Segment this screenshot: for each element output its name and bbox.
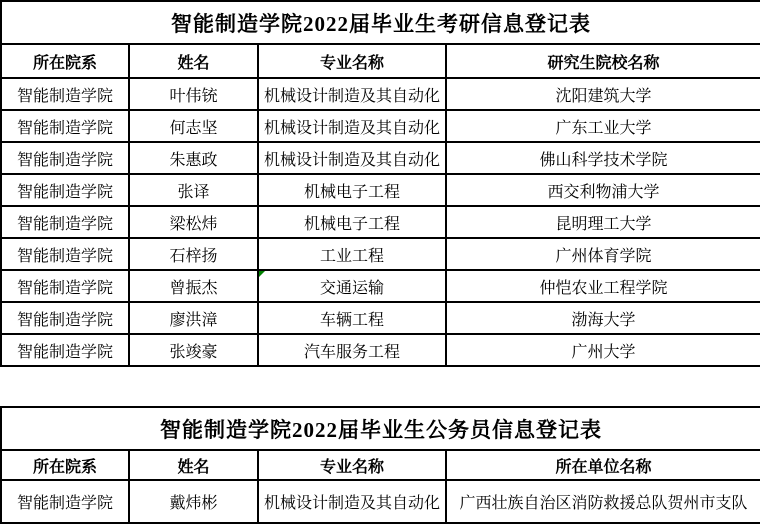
table-row: 智能制造学院廖洪漳车辆工程渤海大学 xyxy=(1,302,760,334)
column-header: 姓名 xyxy=(129,450,258,480)
table-cell: 戴炜彬 xyxy=(129,480,258,523)
table-title-row: 智能制造学院2022届毕业生考研信息登记表 xyxy=(1,1,760,44)
table-cell: 广州大学 xyxy=(446,334,760,366)
table-cell: 渤海大学 xyxy=(446,302,760,334)
column-header: 所在单位名称 xyxy=(446,450,760,480)
table-cell: 仲恺农业工程学院 xyxy=(446,270,760,302)
table-cell: 张译 xyxy=(129,174,258,206)
table-cell: 智能制造学院 xyxy=(1,238,129,270)
table-row: 智能制造学院张竣豪汽车服务工程广州大学 xyxy=(1,334,760,366)
table-cell: 智能制造学院 xyxy=(1,206,129,238)
header-row: 所在院系姓名专业名称所在单位名称 xyxy=(1,450,760,480)
table-cell: 智能制造学院 xyxy=(1,302,129,334)
table-cell: 机械设计制造及其自动化 xyxy=(258,110,446,142)
table-cell: 西交利物浦大学 xyxy=(446,174,760,206)
table-cell: 智能制造学院 xyxy=(1,142,129,174)
table-cell: 工业工程 xyxy=(258,238,446,270)
table-cell: 智能制造学院 xyxy=(1,78,129,110)
table-cell: 机械设计制造及其自动化 xyxy=(258,78,446,110)
cell-error-indicator-icon xyxy=(259,271,265,277)
table-cell: 机械电子工程 xyxy=(258,174,446,206)
table-cell: 交通运输 xyxy=(258,270,446,302)
table-cell: 车辆工程 xyxy=(258,302,446,334)
table-row: 智能制造学院梁松炜机械电子工程昆明理工大学 xyxy=(1,206,760,238)
table-cell: 汽车服务工程 xyxy=(258,334,446,366)
table-row: 智能制造学院朱惠政机械设计制造及其自动化佛山科学技术学院 xyxy=(1,142,760,174)
table-cell: 广州体育学院 xyxy=(446,238,760,270)
table-cell: 沈阳建筑大学 xyxy=(446,78,760,110)
table-row: 智能制造学院戴炜彬机械设计制造及其自动化广西壮族自治区消防救援总队贺州市支队 xyxy=(1,480,760,523)
table-cell: 叶伟铳 xyxy=(129,78,258,110)
table-row: 智能制造学院叶伟铳机械设计制造及其自动化沈阳建筑大学 xyxy=(1,78,760,110)
table-row: 智能制造学院石梓扬工业工程广州体育学院 xyxy=(1,238,760,270)
kaoyan-registration-table: 智能制造学院2022届毕业生考研信息登记表 所在院系姓名专业名称研究生院校名称智… xyxy=(0,0,760,367)
column-header: 所在院系 xyxy=(1,450,129,480)
table-title: 智能制造学院2022届毕业生公务员信息登记表 xyxy=(1,407,760,450)
table-cell: 智能制造学院 xyxy=(1,110,129,142)
table-title: 智能制造学院2022届毕业生考研信息登记表 xyxy=(1,1,760,44)
table-cell: 石梓扬 xyxy=(129,238,258,270)
column-header: 专业名称 xyxy=(258,450,446,480)
table-cell: 机械设计制造及其自动化 xyxy=(258,480,446,523)
column-header: 研究生院校名称 xyxy=(446,44,760,78)
table-cell: 智能制造学院 xyxy=(1,270,129,302)
table-cell: 张竣豪 xyxy=(129,334,258,366)
column-header: 所在院系 xyxy=(1,44,129,78)
table-cell: 机械设计制造及其自动化 xyxy=(258,142,446,174)
table-cell: 智能制造学院 xyxy=(1,174,129,206)
table-cell: 广西壮族自治区消防救援总队贺州市支队 xyxy=(446,480,760,523)
table-cell: 何志坚 xyxy=(129,110,258,142)
table-cell: 廖洪漳 xyxy=(129,302,258,334)
table-cell: 梁松炜 xyxy=(129,206,258,238)
column-header: 姓名 xyxy=(129,44,258,78)
table-row: 智能制造学院何志坚机械设计制造及其自动化广东工业大学 xyxy=(1,110,760,142)
table-cell: 昆明理工大学 xyxy=(446,206,760,238)
table-row: 智能制造学院曾振杰交通运输仲恺农业工程学院 xyxy=(1,270,760,302)
table-row: 智能制造学院张译机械电子工程西交利物浦大学 xyxy=(1,174,760,206)
table-cell: 朱惠政 xyxy=(129,142,258,174)
header-row: 所在院系姓名专业名称研究生院校名称 xyxy=(1,44,760,78)
table-cell: 曾振杰 xyxy=(129,270,258,302)
table-cell: 智能制造学院 xyxy=(1,480,129,523)
column-header: 专业名称 xyxy=(258,44,446,78)
document-page: 智能制造学院2022届毕业生考研信息登记表 所在院系姓名专业名称研究生院校名称智… xyxy=(0,0,760,529)
gongwuyuan-registration-table: 智能制造学院2022届毕业生公务员信息登记表 所在院系姓名专业名称所在单位名称智… xyxy=(0,406,760,524)
table-cell: 广东工业大学 xyxy=(446,110,760,142)
table-cell: 智能制造学院 xyxy=(1,334,129,366)
table-cell: 佛山科学技术学院 xyxy=(446,142,760,174)
table-title-row: 智能制造学院2022届毕业生公务员信息登记表 xyxy=(1,407,760,450)
table-cell: 机械电子工程 xyxy=(258,206,446,238)
